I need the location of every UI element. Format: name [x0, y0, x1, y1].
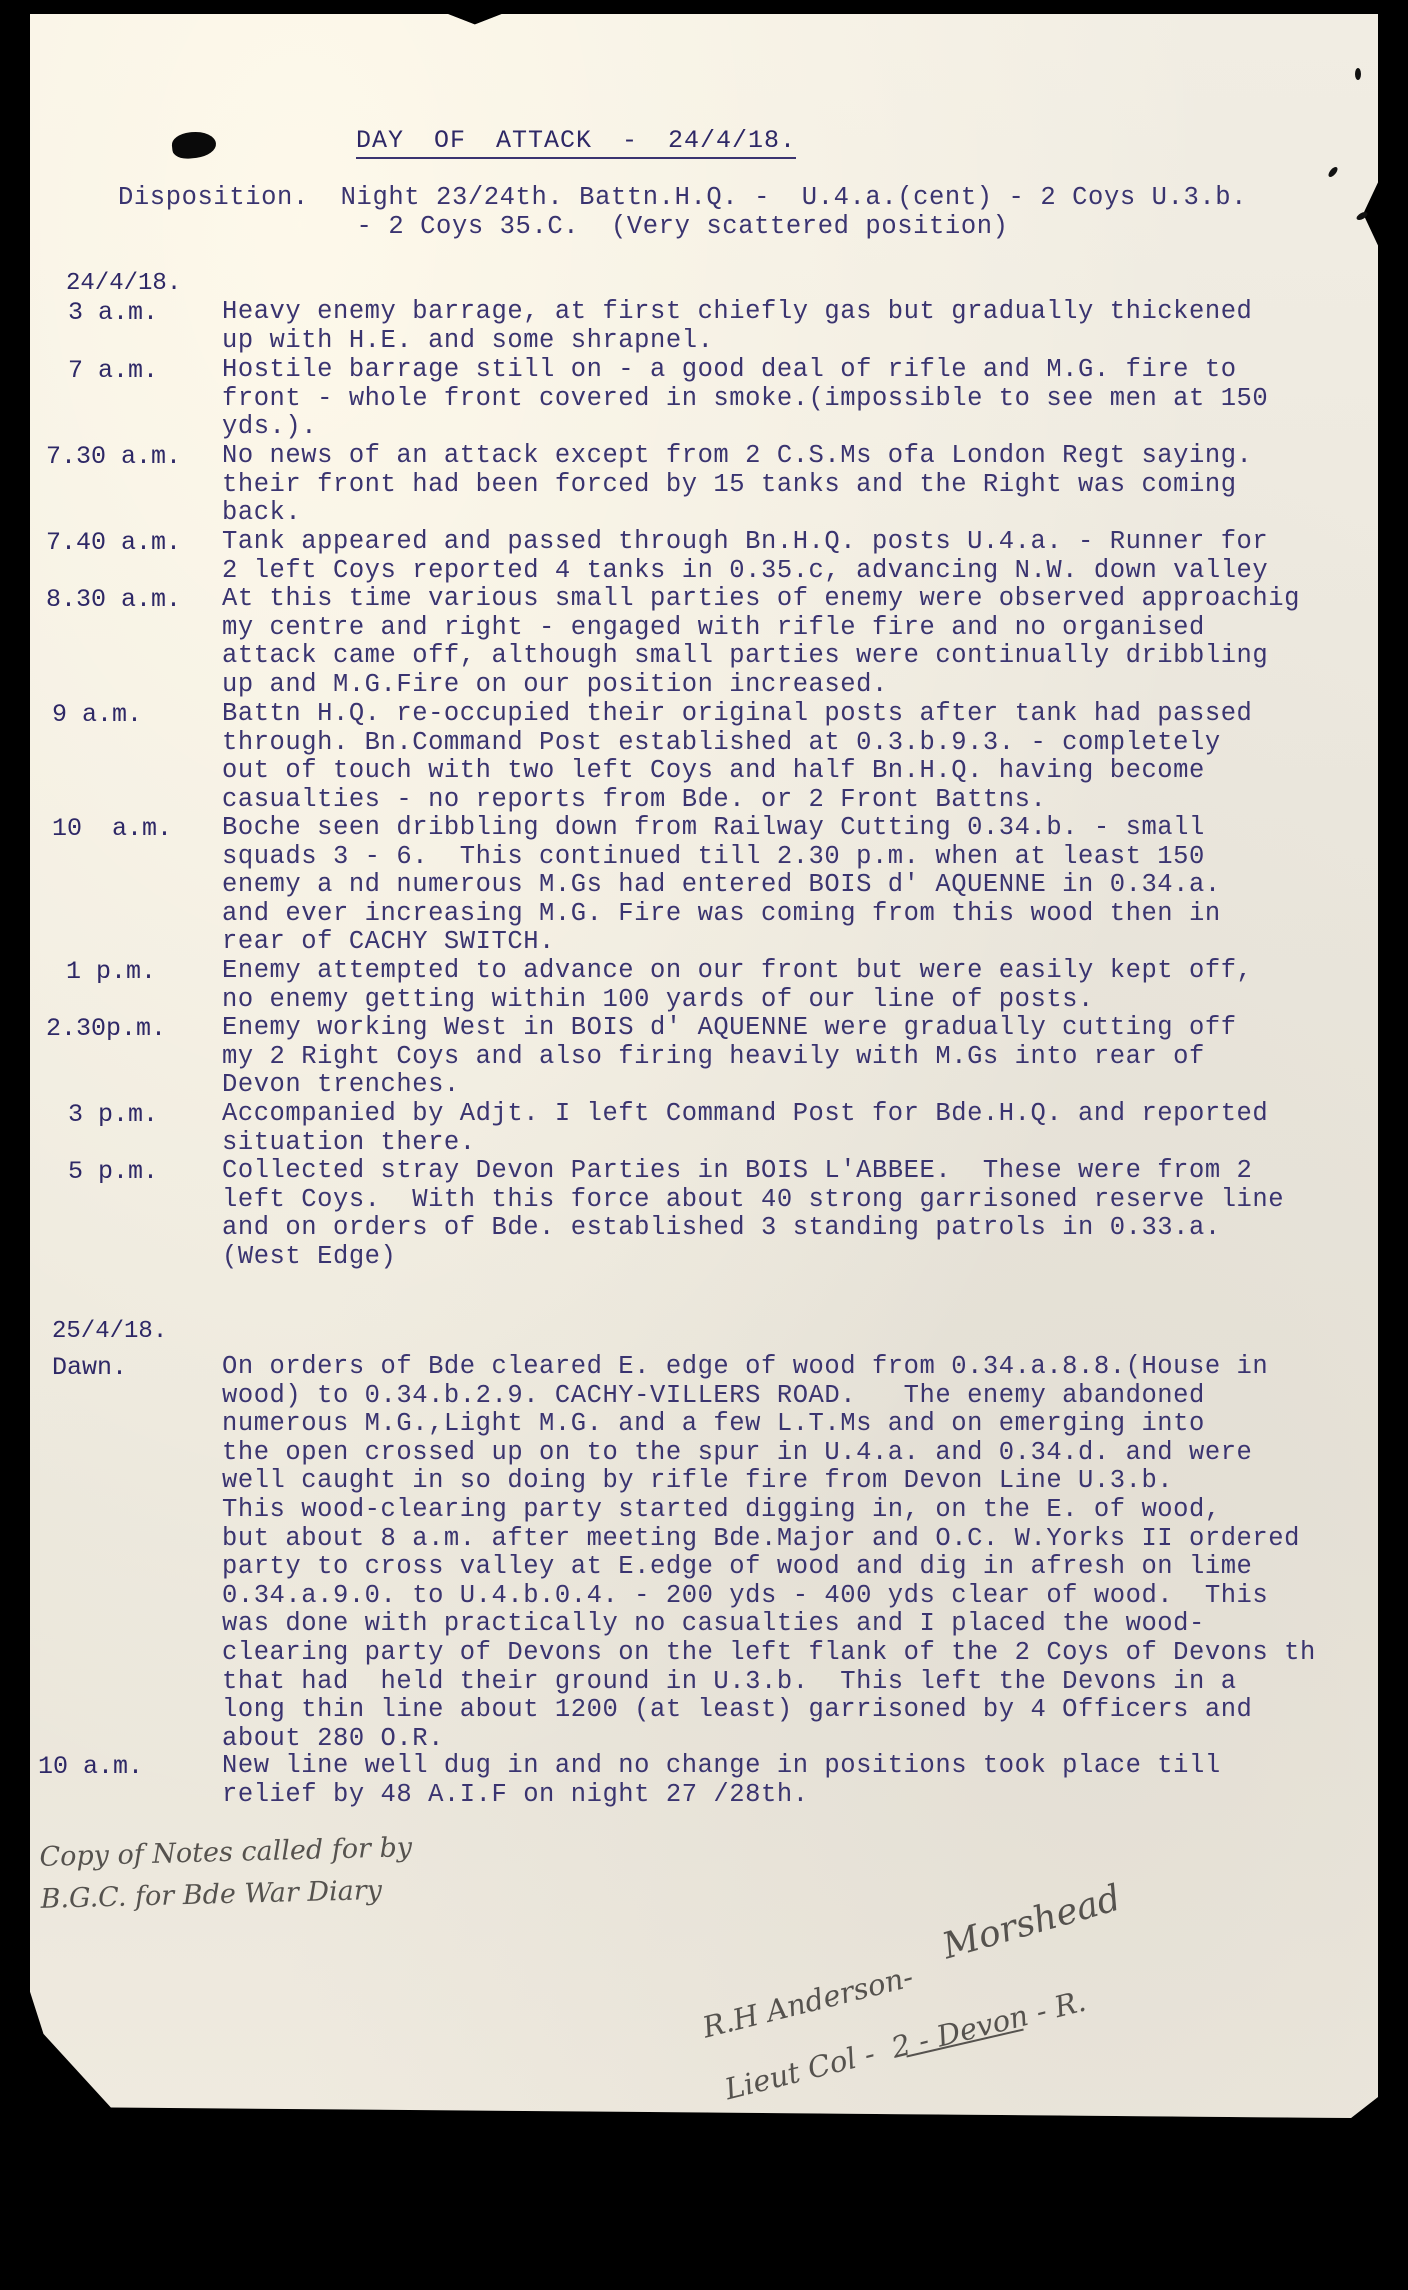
entry-text: Enemy attempted to advance on our front … [222, 957, 1252, 1014]
entry-text: Boche seen dribbling down from Railway C… [222, 814, 1221, 957]
entry-time: 7.40 a.m. [46, 528, 181, 557]
entry-time: 9 a.m. [52, 700, 142, 729]
disposition-line-1: Disposition. Night 23/24th. Battn.H.Q. -… [118, 183, 1247, 212]
entry-text: Collected stray Devon Parties in BOIS L'… [222, 1157, 1284, 1271]
entry-time: 5 p.m. [68, 1157, 158, 1186]
entry-text: Hostile barrage still on - a good deal o… [222, 356, 1268, 442]
document-title: DAY OF ATTACK - 24/4/18. [356, 126, 796, 159]
disposition-line-2: - 2 Coys 35.C. (Very scattered position) [118, 212, 1009, 241]
paper-mark [1355, 68, 1361, 80]
section-date: 25/4/18. [52, 1318, 167, 1345]
entry-text: Tank appeared and passed through Bn.H.Q.… [222, 528, 1268, 585]
entry-time: Dawn. [52, 1353, 127, 1382]
entry-text: At this time various small parties of en… [222, 585, 1300, 699]
entry-text: Heavy enemy barrage, at first chiefly ga… [222, 298, 1252, 355]
section-date: 24/4/18. [66, 270, 181, 297]
entry-time: 7.30 a.m. [46, 442, 181, 471]
entry-text: Enemy working West in BOIS d' AQUENNE we… [222, 1014, 1237, 1100]
entry-text: No news of an attack except from 2 C.S.M… [222, 442, 1252, 528]
entry-text: Accompanied by Adjt. I left Command Post… [222, 1100, 1268, 1157]
entry-text: Battn H.Q. re-occupied their original po… [222, 700, 1252, 814]
entry-time: 2.30p.m. [46, 1014, 166, 1043]
entry-time: 7 a.m. [68, 356, 158, 385]
entry-text: New line well dug in and no change in po… [222, 1752, 1221, 1809]
entry-time: 3 p.m. [68, 1100, 158, 1129]
entry-time: 10 a.m. [38, 1752, 143, 1781]
entry-time: 8.30 a.m. [46, 585, 181, 614]
entry-time: 3 a.m. [68, 298, 158, 327]
handwritten-note: Copy of Notes called for by B.G.C. for B… [39, 1827, 414, 1921]
entry-time: 1 p.m. [66, 957, 156, 986]
disposition: Disposition. Night 23/24th. Battn.H.Q. -… [118, 184, 1247, 241]
entry-text: On orders of Bde cleared E. edge of wood… [222, 1353, 1316, 1753]
entry-time: 10 a.m. [52, 814, 172, 843]
